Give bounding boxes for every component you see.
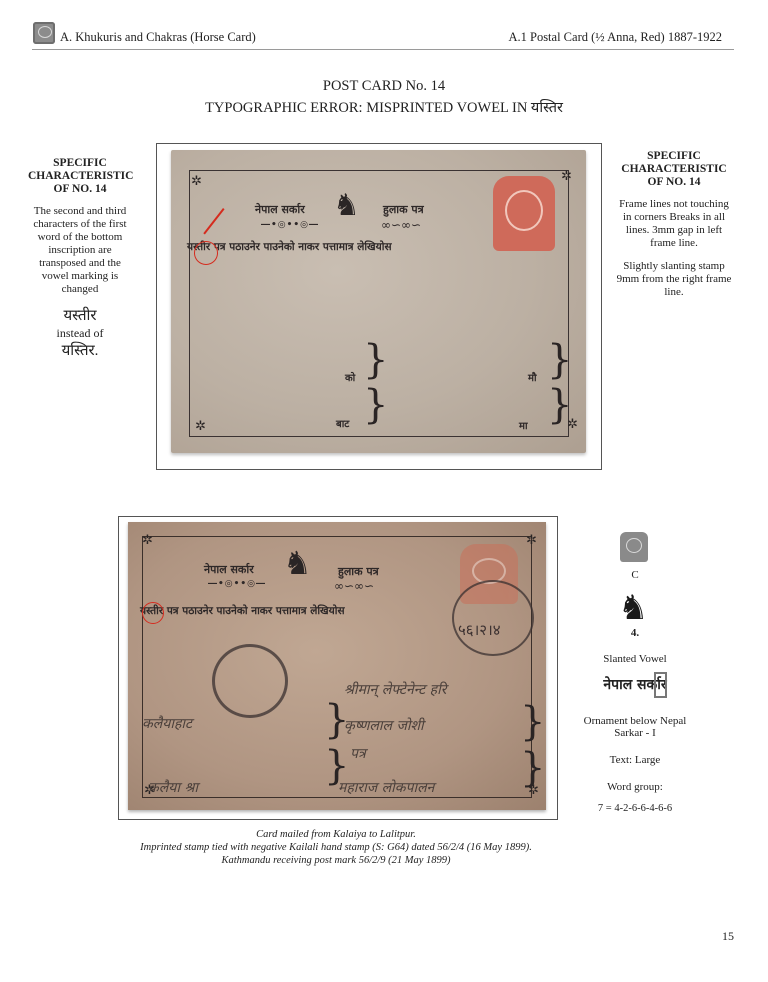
flourish-ornament: ∞∽∞∽ — [334, 579, 374, 593]
horse-type: 4. — [600, 627, 670, 639]
left-characteristic-panel: SPECIFIC CHARACTERISTIC OF NO. 14 The se… — [28, 157, 132, 361]
corner-ornament-icon: ✲ — [195, 420, 206, 433]
error-highlight-circle — [194, 241, 218, 265]
ornament-line: ―•◎••◎― — [261, 220, 319, 230]
word-group-value: 7 = 4-2-6-6-4-6-6 — [575, 803, 695, 814]
right-panel-heading: SPECIFIC CHARACTERISTIC OF NO. 14 — [615, 150, 733, 189]
hulak-patra-text: हुलाक पत्र — [383, 202, 424, 217]
corner-ornament-icon: ✲ — [191, 175, 202, 188]
address-line-4: महाराज लोकपालन — [338, 778, 434, 797]
page-subtitle: TYPOGRAPHIC ERROR: MISPRINTED VOWEL IN य… — [0, 97, 768, 117]
error-highlight-circle — [142, 602, 164, 624]
field-ko: को — [345, 370, 355, 384]
corner-ornament-icon: ✲ — [142, 534, 153, 547]
field-maa: मा — [519, 418, 528, 432]
nepal-sarkar-text: नेपाल सर्कार — [255, 202, 305, 217]
caption-line-1: Card mailed from Kalaiya to Lalitpur. — [120, 828, 552, 841]
page-number: 15 — [722, 929, 734, 944]
ornament-type: Ornament below Nepal Sarkar - I — [575, 715, 695, 739]
address-line-3: पत्र — [350, 744, 366, 763]
brace-icon: } — [363, 385, 388, 425]
nepal-sarkar-text: नेपाल सर्कार — [204, 562, 254, 577]
right-panel-para1: Frame lines not touching in corners Brea… — [615, 198, 733, 250]
field-mau: मौ — [528, 370, 537, 384]
word-group-label: Word group: — [575, 781, 695, 793]
horse-emblem-icon: ♞ — [333, 188, 360, 223]
corner-ornament-icon: ✲ — [561, 170, 572, 183]
horse-emblem-icon: ♞ — [283, 544, 312, 582]
vowel-highlight-box — [654, 672, 667, 698]
imprinted-stamp-red — [493, 176, 555, 251]
stamp-die-c-icon — [620, 532, 648, 562]
sender-line-2: कलैया श्रा — [148, 778, 198, 797]
postal-card-unused: ✲ ✲ ✲ ✲ नेपाल सर्कार ―•◎••◎― ♞ हुलाक पत्… — [171, 150, 586, 453]
kathmandu-receiving-postmark — [212, 644, 288, 718]
misprinted-word: यस्तीर — [28, 306, 132, 326]
flourish-ornament: ∞∽∞∽ — [381, 218, 421, 232]
catalog-title: A.1 Postal Card (½ Anna, Red) 1887-1922 — [508, 30, 722, 45]
caption-line-3: Kathmandu receiving post mark 56/2/9 (21… — [120, 854, 552, 867]
right-characteristic-panel: SPECIFIC CHARACTERISTIC OF NO. 14 Frame … — [615, 150, 733, 309]
brace-icon: } — [363, 340, 388, 380]
right-panel-para2: Slightly slanting stamp 9mm from the rig… — [615, 260, 733, 299]
caption-line-2: Imprinted stamp tied with negative Kaila… — [120, 841, 552, 854]
text-size: Text: Large — [575, 754, 695, 766]
instead-of-label: instead of — [28, 326, 132, 341]
field-baat: बाट — [336, 416, 349, 430]
correct-word: यस्तिर. — [28, 341, 132, 361]
header-divider — [32, 49, 734, 50]
khukuri-chakra-emblem-icon — [33, 22, 55, 44]
postmark-date: ५६।२।४ — [458, 620, 501, 640]
sender-location: कलैयाहाट — [142, 714, 192, 733]
stamp-type: C — [600, 569, 670, 581]
brace-icon: } — [547, 340, 572, 380]
ornament-line: ―•◎••◎― — [208, 579, 266, 589]
horse-type-icon: ♞ — [618, 588, 648, 628]
hulak-patra-text: हुलाक पत्र — [338, 564, 379, 579]
postal-card-used: ✲ ✲ ✲ ✲ नेपाल सर्कार ―•◎••◎― ♞ हुलाक पत्… — [128, 522, 546, 810]
slanted-vowel-label: Slanted Vowel — [575, 653, 695, 665]
card-caption: Card mailed from Kalaiya to Lalitpur. Im… — [120, 828, 552, 867]
slanted-vowel-sample: नेपाल सर्कार — [580, 675, 690, 694]
address-line-1: श्रीमान् लेफ्टेनेन्ट हरि — [344, 680, 446, 699]
left-panel-heading: SPECIFIC CHARACTERISTIC OF NO. 14 — [28, 157, 132, 196]
brace-icon: } — [520, 702, 545, 742]
card2-inscription: यस्तीर पत्र पठाउनेर पाउनेको नाकर पत्तामा… — [140, 604, 345, 618]
corner-ornament-icon: ✲ — [526, 534, 537, 547]
address-line-2: कृष्णलाल जोशी — [344, 716, 424, 735]
brace-icon: } — [547, 385, 572, 425]
page-title: POST CARD No. 14 — [0, 78, 768, 95]
left-panel-description: The second and third characters of the f… — [28, 205, 132, 296]
kailali-postmark — [452, 580, 534, 656]
brace-icon: } — [324, 700, 349, 740]
section-title: A. Khukuris and Chakras (Horse Card) — [60, 30, 256, 45]
brace-icon: } — [324, 746, 349, 786]
brace-icon: } — [520, 748, 545, 788]
